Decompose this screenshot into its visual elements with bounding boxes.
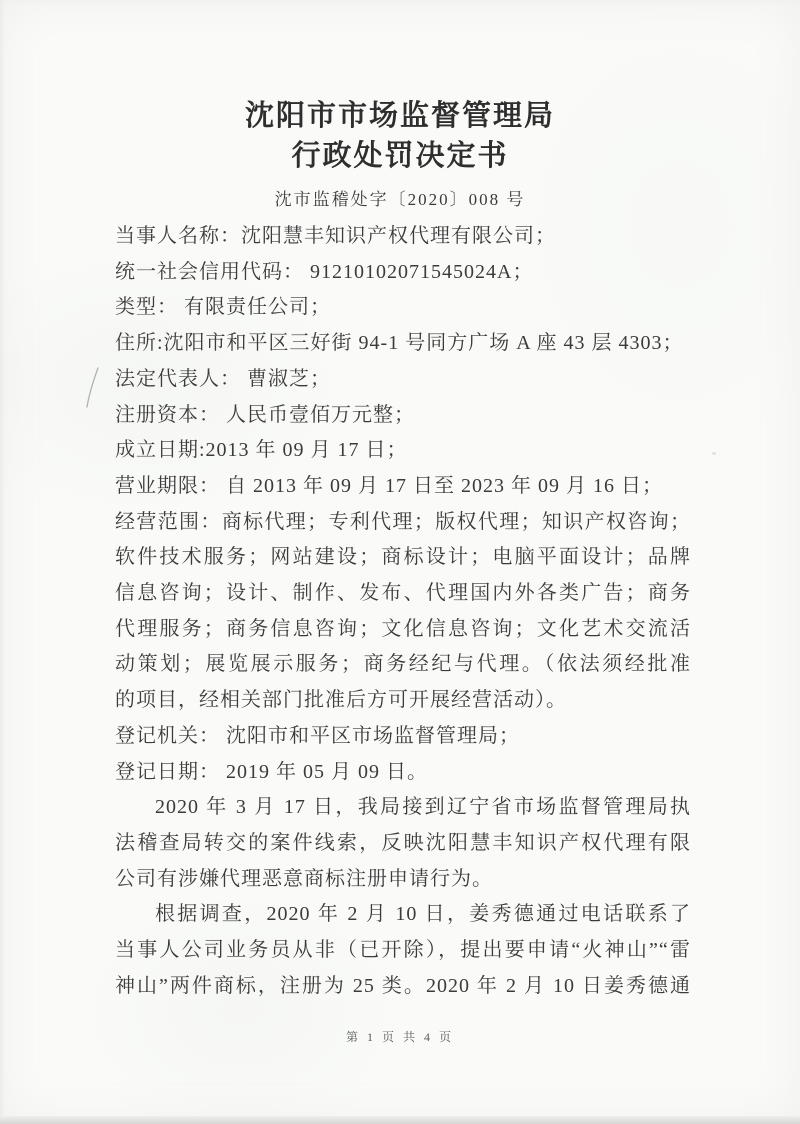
document-number: 沈市监稽处字〔2020〕008 号 xyxy=(0,185,800,210)
body-line: 的项目，经相关部门批准后方可开展经营活动）。 xyxy=(115,683,691,719)
body-line: 类型： 有限责任公司； xyxy=(115,290,691,326)
body-line: 登记日期： 2019 年 05 月 09 日。 xyxy=(115,755,691,791)
body-line: 登记机关： 沈阳市和平区市场监督管理局； xyxy=(115,719,691,755)
body-line: 统一社会信用代码： 91210102071545024A； xyxy=(115,255,691,291)
body-line: 动策划；展览展示服务；商务经纪与代理。（依法须经批准 xyxy=(115,647,691,683)
body-line: 公司有涉嫌代理恶意商标注册申请行为。 xyxy=(115,862,691,898)
document-header: 沈阳市市场监督管理局 行政处罚决定书 沈市监稽处字〔2020〕008 号 xyxy=(0,96,800,210)
body-line: 法定代表人： 曹淑芝； xyxy=(115,362,691,398)
body-line: 住所:沈阳市和平区三好街 94-1 号同方广场 A 座 43 层 4303； xyxy=(115,326,691,362)
body-line: 信息咨询；设计、制作、发布、代理国内外各类广告；商务 xyxy=(115,576,691,612)
pencil-stroke-mark xyxy=(0,0,120,430)
body-line: 成立日期:2013 年 09 月 17 日； xyxy=(115,433,691,469)
scanned-document-page: 沈阳市市场监督管理局 行政处罚决定书 沈市监稽处字〔2020〕008 号 当事人… xyxy=(0,0,800,1124)
body-line: 神山”两件商标，注册为 25 类。2020 年 2 月 10 日姜秀德通 xyxy=(115,969,691,1005)
body-line: 注册资本： 人民币壹佰万元整； xyxy=(115,398,691,434)
body-line: 根据调查，2020 年 2 月 10 日，姜秀德通过电话联系了 xyxy=(115,897,691,933)
body-line: 当事人公司业务员从非（已开除），提出要申请“火神山”“雷 xyxy=(115,933,691,969)
scan-edge-bottom xyxy=(0,1116,800,1124)
body-line: 软件技术服务；网站建设；商标设计；电脑平面设计；品牌 xyxy=(115,540,691,576)
document-body: 当事人名称：沈阳慧丰知识产权代理有限公司；统一社会信用代码： 912101020… xyxy=(115,219,691,1004)
body-line: 营业期限： 自 2013 年 09 月 17 日至 2023 年 09 月 16… xyxy=(115,469,691,505)
body-line: 当事人名称：沈阳慧丰知识产权代理有限公司； xyxy=(115,219,691,255)
body-line: 代理服务；商务信息咨询；文化信息咨询；文化艺术交流活 xyxy=(115,612,691,648)
document-title-line1: 沈阳市市场监督管理局 xyxy=(0,96,800,136)
scan-edge-top xyxy=(0,0,800,5)
document-title-line2: 行政处罚决定书 xyxy=(0,136,800,176)
body-line: 2020 年 3 月 17 日，我局接到辽宁省市场监督管理局执 xyxy=(115,790,691,826)
page-number-footer: 第 1 页 共 4 页 xyxy=(0,1028,800,1045)
body-line: 经营范围：商标代理；专利代理；版权代理；知识产权咨询； xyxy=(115,505,691,541)
scan-speckle xyxy=(712,452,716,455)
body-line: 法稽查局转交的案件线索，反映沈阳慧丰知识产权代理有限 xyxy=(115,826,691,862)
